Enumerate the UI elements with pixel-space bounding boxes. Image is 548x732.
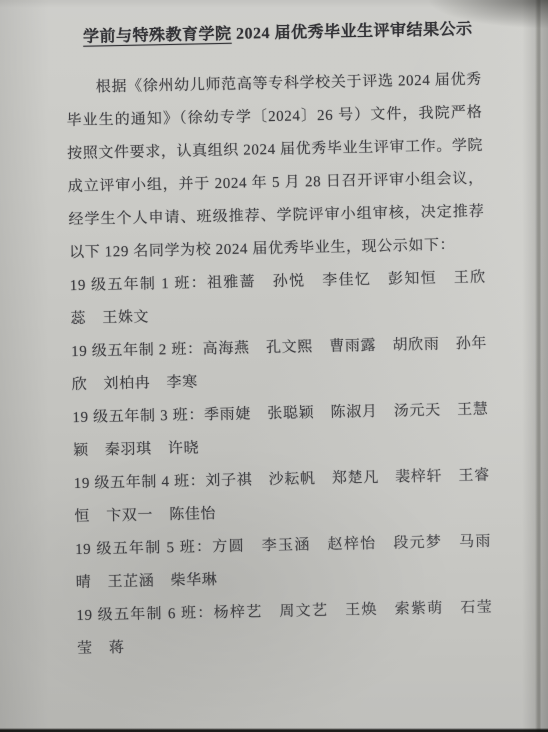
page-content: 学前与特殊教育学院 2024 届优秀毕业生评审结果公示 根据《徐州幼儿师范高等专…	[65, 16, 494, 666]
class-row-5: 19 级五年制 5 班：方圆 李玉涵 赵梓怡 段元梦 马雨晴 王芷涵 柴华琳	[75, 526, 492, 600]
class-label: 19 级五年制 3 班：	[72, 407, 204, 426]
class-row-1: 19 级五年制 1 班：祖雅蔷 孙悦 李佳忆 彭知恒 王欣蕊 王姝文	[70, 262, 487, 336]
class-label: 19 级五年制 5 班：	[75, 539, 213, 558]
announcement-paragraph: 根据《徐州幼儿师范高等专科学校关于评选 2024 届优秀毕业生的通知》（徐幼专学…	[66, 64, 486, 270]
class-label: 19 级五年制 4 班：	[74, 473, 206, 492]
class-row-6: 19 级五年制 6 班：杨梓艺 周文艺 王焕 索紫萌 石莹莹 蒋	[76, 592, 493, 666]
paper-sheet: 学前与特殊教育学院 2024 届优秀毕业生评审结果公示 根据《徐州幼儿师范高等专…	[0, 0, 548, 732]
document-photo: 学前与特殊教育学院 2024 届优秀毕业生评审结果公示 根据《徐州幼儿师范高等专…	[0, 0, 548, 732]
title-rest-text: 2024 届优秀毕业生评审结果公示	[231, 21, 472, 43]
page-title: 学前与特殊教育学院 2024 届优秀毕业生评审结果公示	[65, 16, 481, 47]
class-label: 19 级五年制 1 班：	[70, 275, 208, 294]
class-row-2: 19 级五年制 2 班：高海燕 孔文熙 曹雨露 胡欣雨 孙年欣 刘柏冉 李寒	[71, 328, 488, 402]
class-row-3: 19 级五年制 3 班：季雨婕 张聪颖 陈淑月 汤元天 王慧颖 秦羽琪 许晓	[72, 394, 489, 468]
class-label: 19 级五年制 2 班：	[71, 341, 203, 360]
title-underlined-text: 学前与特殊教育学院	[73, 26, 232, 46]
class-label: 19 级五年制 6 班：	[76, 605, 214, 624]
class-row-4: 19 级五年制 4 班：刘子祺 沙耘帆 郑楚凡 裴梓轩 王睿恒 卞双一 陈佳怡	[73, 460, 490, 534]
